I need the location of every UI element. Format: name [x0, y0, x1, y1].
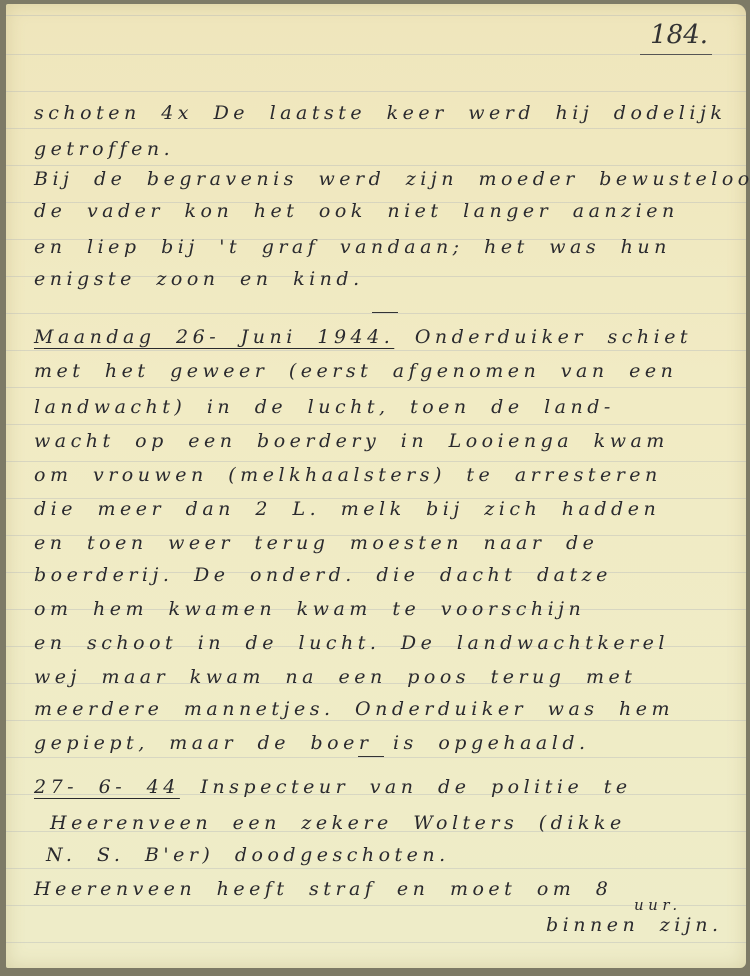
text-line: Bij de begravenis werd zijn moeder bewus…	[34, 168, 750, 190]
text-line: met het geweer (eerst afgenomen van een	[34, 360, 677, 382]
entry-date: Maandag 26- Juni 1944.	[34, 326, 394, 348]
text-line: schoten 4x De laatste keer werd hij dode…	[34, 102, 726, 124]
text-line: en toen weer terug moesten naar de	[34, 532, 598, 554]
notebook-page: 184. schoten 4x De laatste keer werd hij…	[6, 4, 746, 968]
text-line: boerderij. De onderd. die dacht datze	[34, 564, 612, 586]
text-line: Heerenveen een zekere Wolters (dikke	[50, 812, 626, 834]
text-line: wacht op een boerdery in Looienga kwam	[34, 430, 669, 452]
text-line: die meer dan 2 L. melk bij zich hadden	[34, 498, 660, 520]
page-number: 184.	[640, 20, 712, 55]
text-line: binnen zijn.	[546, 914, 723, 936]
text-line: enigste zoon en kind.	[34, 268, 364, 290]
entry-header: Maandag 26- Juni 1944. Onderduiker schie…	[34, 326, 692, 348]
section-divider	[358, 756, 384, 757]
entry-date: 27- 6- 44	[34, 776, 180, 798]
text-line: N. S. B'er) doodgeschoten.	[46, 844, 450, 866]
entry-text: Onderduiker schiet	[415, 326, 692, 348]
text-line: wej maar kwam na een poos terug met	[34, 666, 636, 688]
text-line: de vader kon het ook niet langer aanzien	[34, 200, 679, 222]
text-line: Heerenveen heeft straf en moet om 8	[34, 878, 612, 900]
entry-header: 27- 6- 44 Inspecteur van de politie te	[34, 776, 632, 798]
text-line: om vrouwen (melkhaalsters) te arresteren	[34, 464, 662, 486]
entry-text: Inspecteur van de politie te	[200, 776, 631, 798]
text-line: om hem kwamen kwam te voorschijn	[34, 598, 585, 620]
text-line: meerdere mannetjes. Onderduiker was hem	[34, 698, 674, 720]
superscript-note: uur.	[634, 896, 682, 914]
text-line: getroffen.	[34, 138, 174, 160]
text-line: gepiept, maar de boer is opgehaald.	[34, 732, 590, 754]
section-divider	[372, 312, 398, 313]
text-line: en schoot in de lucht. De landwachtkerel	[34, 632, 669, 654]
text-line: en liep bij 't graf vandaan; het was hun	[34, 236, 671, 258]
text-line: landwacht) in de lucht, toen de land-	[34, 396, 615, 418]
